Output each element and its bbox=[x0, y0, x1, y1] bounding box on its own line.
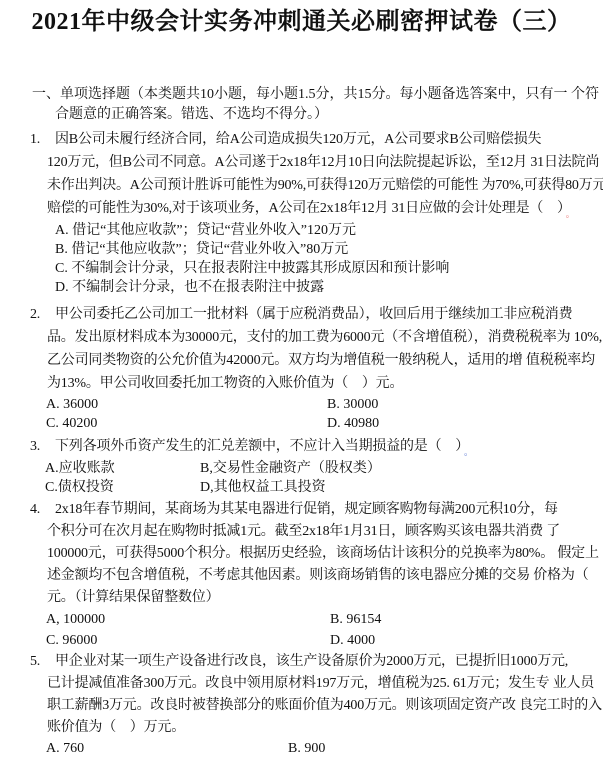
question-2-option-a: A. 36000 bbox=[46, 395, 327, 414]
question-5: 5.甲企业对某一项生产设备进行改良，该生产设备原价为2000万元，已提折旧100… bbox=[30, 651, 597, 759]
question-1-stem-text: 赔偿的可能性为30%,对于该项业务，A公司在2x18年12月 31日应做的会计处… bbox=[47, 201, 564, 216]
section-header-line1: 一、单项选择题（本类题共10小题，每小题1.5分，共15分。每小题备选答案中，只… bbox=[32, 85, 597, 105]
section-header-line2: 合题意的正确答案。错选、不选均不得分。） bbox=[55, 105, 597, 125]
question-4-stem-line: 元。（计算结果保留整数位） bbox=[47, 587, 597, 609]
question-5-stem-line: 账价值为（ ）万元。 bbox=[47, 717, 597, 739]
period-mark-blue: 。 bbox=[464, 447, 473, 457]
question-1-option-a: A. 借记“其他应收款”；贷记“营业外收入”120万元 bbox=[55, 221, 597, 240]
question-2-stem-line: 2.甲公司委托乙公司加工一批材料（属于应税消费品），收回后用于继续加工非应税消费 bbox=[30, 303, 597, 326]
question-1-option-c: C. 不编制会计分录，只在报表附注中披露其形成原因和预计影响 bbox=[55, 259, 597, 278]
question-1-stem-text: 因B公司未履行经济合同，给A公司造成损失120万元，A公司要求B公司赔偿损失 bbox=[55, 132, 541, 147]
question-3-option-d: D,其他权益工具投资 bbox=[200, 478, 326, 497]
question-2-stem-line: 品。发出原材料成本为30000元，支付的加工费为6000元（不含增值税），消费税… bbox=[47, 326, 597, 349]
question-1-stem-line: 赔偿的可能性为30%,对于该项业务，A公司在2x18年12月 31日应做的会计处… bbox=[47, 197, 597, 221]
question-1-stem-line: 1.因B公司未履行经济合同，给A公司造成损失120万元，A公司要求B公司赔偿损失 bbox=[30, 128, 597, 151]
question-1-option-b: B. 借记“其他应收款”；贷记“营业外收入”80万元 bbox=[55, 240, 597, 259]
question-3-option-c: C.债权投资 bbox=[45, 478, 200, 497]
question-5-number: 5. bbox=[30, 651, 55, 673]
period-mark-red: 。 bbox=[566, 209, 575, 219]
question-5-stem-line: 已计提减值准备300万元。改良中领用原材料197万元，增值税为25. 61万元；… bbox=[47, 673, 597, 695]
question-3-stem-text: 下列各项外币资产发生的汇兑差额中，不应计入当期损益的是（ ） bbox=[55, 439, 462, 454]
page-title: 2021年中级会计实务冲刺通关必刷密押试卷（三） bbox=[0, 6, 603, 38]
question-5-stem-text: 甲企业对某一项生产设备进行改良，该生产设备原价为2000万元，已提折旧1000万… bbox=[55, 654, 568, 669]
question-3-option-a: A.应收账款 bbox=[45, 459, 200, 478]
question-3-number: 3. bbox=[30, 435, 55, 458]
question-4-option-c: C. 96000 bbox=[46, 630, 330, 651]
exam-content: 一、单项选择题（本类题共10小题，每小题1.5分，共15分。每小题备选答案中，只… bbox=[0, 85, 603, 759]
question-4: 4.2x18年春节期间，某商场为其某电器进行促销，规定顾客购物每满200元积10… bbox=[30, 499, 597, 651]
question-2-option-b: B. 30000 bbox=[327, 395, 378, 414]
question-4-option-d: D. 4000 bbox=[330, 630, 375, 651]
question-5-stem-line: 5.甲企业对某一项生产设备进行改良，该生产设备原价为2000万元，已提折旧100… bbox=[30, 651, 597, 673]
question-3: 3.下列各项外币资产发生的汇兑差额中，不应计入当期损益的是（ ）。 A.应收账款… bbox=[30, 435, 597, 497]
question-2-number: 2. bbox=[30, 303, 55, 326]
question-2-stem-text: 甲公司委托乙公司加工一批材料（属于应税消费品），收回后用于继续加工非应税消费 bbox=[55, 307, 572, 322]
question-5-option-a: A. 760 bbox=[46, 739, 288, 759]
question-1-stem-line: 120万元，但B公司不同意。A公司遂于2x18年12月10日向法院提起诉讼，至1… bbox=[47, 151, 597, 174]
question-4-stem-line: 个积分可在次月起在购物时抵减1元。截至2x18年1月31日，顾客购买该电器共消费… bbox=[47, 521, 597, 543]
question-5-stem-line: 职工薪酬3万元。改良时被替换部分的账面价值为400万元。则该项固定资产改 良完工… bbox=[47, 695, 597, 717]
question-1-stem-line: 未作出判决。A公司预计胜诉可能性为90%,可获得120万元赔偿的可能性 为70%… bbox=[47, 174, 597, 197]
question-4-stem-line: 100000元，可获得5000个积分。根据历史经验，该商场估计该积分的兑换率为8… bbox=[47, 543, 597, 565]
question-4-number: 4. bbox=[30, 499, 55, 521]
question-5-options-row1: A. 760 B. 900 bbox=[46, 739, 597, 759]
question-4-stem-line: 述金额均不包含增值税，不考虑其他因素。则该商场销售的该电器应分摊的交易 价格为（… bbox=[47, 565, 597, 587]
question-2-option-c: C. 40200 bbox=[46, 414, 327, 433]
question-4-option-a: A, 100000 bbox=[46, 609, 330, 630]
question-1-option-d: D. 不编制会计分录，也不在报表附注中披露 bbox=[55, 278, 597, 297]
question-4-options-row2: C. 96000 D. 4000 bbox=[46, 630, 597, 651]
question-1-number: 1. bbox=[30, 128, 55, 151]
question-3-stem-line: 3.下列各项外币资产发生的汇兑差额中，不应计入当期损益的是（ ）。 bbox=[30, 435, 597, 459]
question-3-options-row2: C.债权投资 D,其他权益工具投资 bbox=[45, 478, 597, 497]
question-3-options-row1: A.应收账款 B,交易性金融资产（股权类） bbox=[45, 459, 597, 478]
question-4-options-row1: A, 100000 B. 96154 bbox=[46, 609, 597, 630]
question-2-option-d: D. 40980 bbox=[327, 414, 379, 433]
question-1: 1.因B公司未履行经济合同，给A公司造成损失120万元，A公司要求B公司赔偿损失… bbox=[30, 128, 597, 297]
question-2: 2.甲公司委托乙公司加工一批材料（属于应税消费品），收回后用于继续加工非应税消费… bbox=[30, 303, 597, 433]
question-4-stem-text: 2x18年春节期间，某商场为其某电器进行促销，规定顾客购物每满200元积10分，… bbox=[55, 502, 558, 517]
question-2-options-row2: C. 40200 D. 40980 bbox=[46, 414, 597, 433]
question-2-stem-line: 为13%。甲公司收回委托加工物资的入账价值为（ ）元。 bbox=[47, 372, 597, 395]
question-5-option-b: B. 900 bbox=[288, 739, 325, 759]
question-2-options-row1: A. 36000 B. 30000 bbox=[46, 395, 597, 414]
question-3-option-b: B,交易性金融资产（股权类） bbox=[200, 459, 381, 478]
question-4-stem-line: 4.2x18年春节期间，某商场为其某电器进行促销，规定顾客购物每满200元积10… bbox=[30, 499, 597, 521]
question-4-option-b: B. 96154 bbox=[330, 609, 381, 630]
exam-paper-page: 2021年中级会计实务冲刺通关必刷密押试卷（三） 一、单项选择题（本类题共10小… bbox=[0, 0, 603, 760]
question-2-stem-line: 乙公司同类物资的公允价值为42000元。双方均为增值税一般纳税人，适用的增 值税… bbox=[47, 349, 597, 372]
section-header: 一、单项选择题（本类题共10小题，每小题1.5分，共15分。每小题备选答案中，只… bbox=[30, 85, 597, 125]
